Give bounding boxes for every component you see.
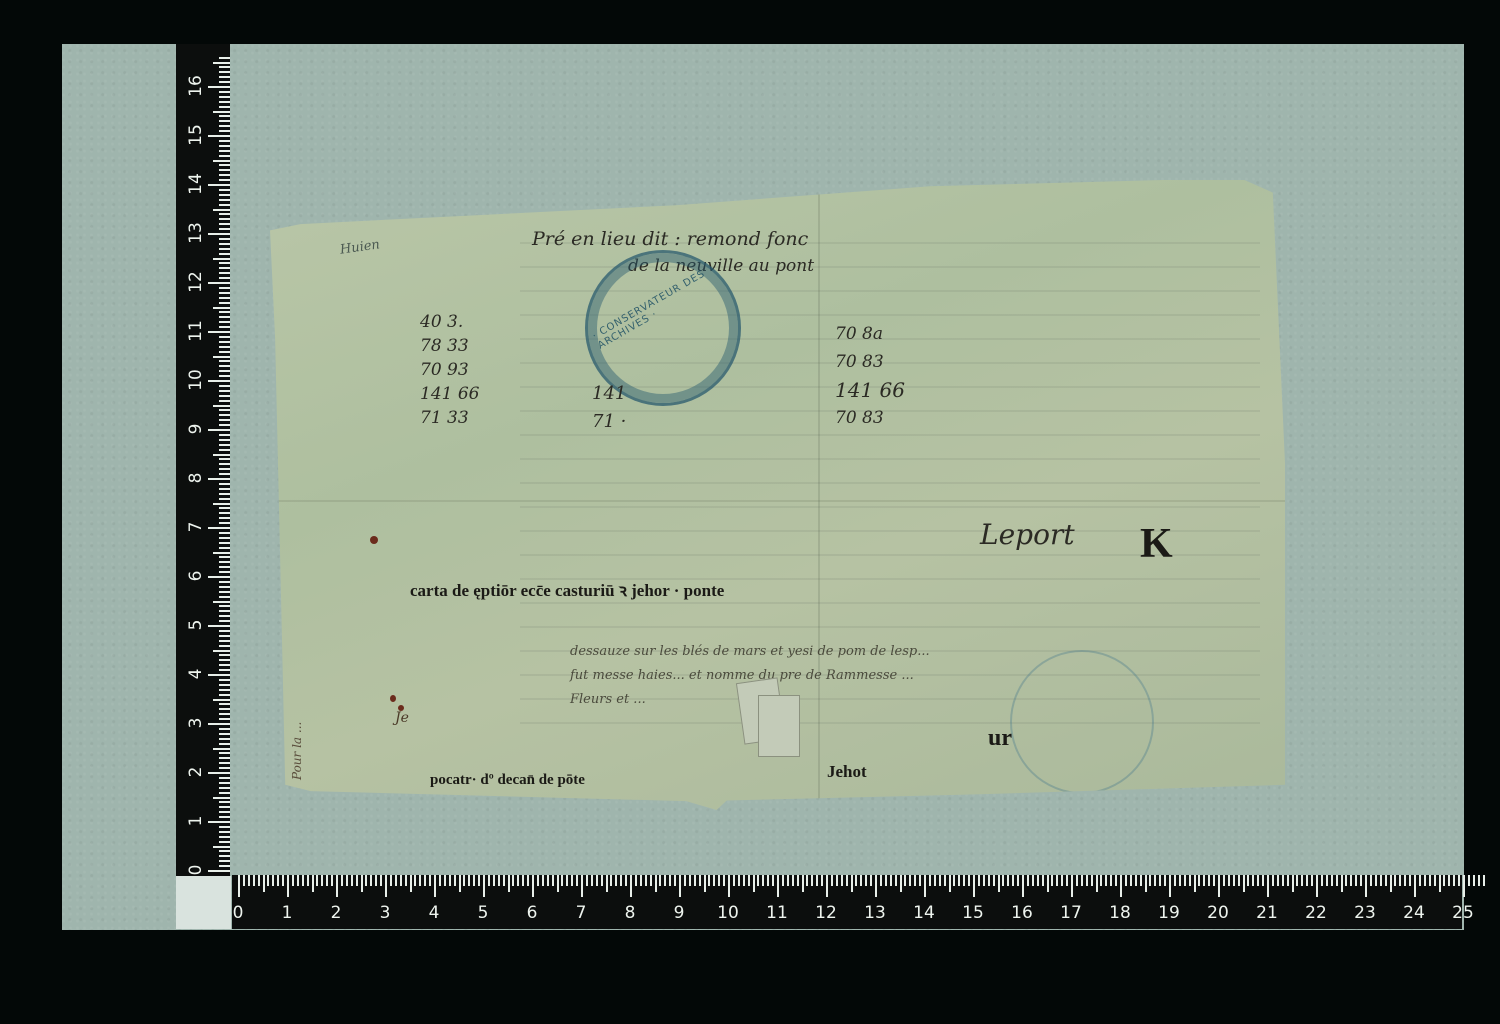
vertical-ruler: 012345678910111213141516 xyxy=(176,44,230,876)
ruler-tick xyxy=(615,875,617,886)
ruler-tick xyxy=(586,875,588,886)
ruler-tick xyxy=(219,645,230,647)
ruler-tick xyxy=(449,875,451,886)
ruler-tick xyxy=(988,875,990,886)
ruler-tick xyxy=(968,875,970,886)
ruler-tick xyxy=(219,130,230,132)
ruler-tick xyxy=(1267,875,1269,897)
horizontal-fold xyxy=(270,500,1285,502)
ruler-label: 17 xyxy=(1060,903,1082,923)
ruler-tick xyxy=(208,821,230,823)
ruler-tick xyxy=(213,356,230,358)
ruler-label: 25 xyxy=(1452,903,1474,923)
ruler-tick xyxy=(219,385,230,387)
ruler-label: 19 xyxy=(1158,903,1180,923)
ruler-tick xyxy=(944,875,946,886)
ruler-tick xyxy=(213,111,230,113)
ruler-tick xyxy=(395,875,397,886)
ruler-tick xyxy=(929,875,931,886)
ruler-tick xyxy=(336,875,338,897)
ruler-tick xyxy=(1390,875,1392,892)
ruler-tick xyxy=(219,419,230,421)
ink-blot xyxy=(370,536,378,544)
ruler-tick xyxy=(728,875,730,897)
ruler-tick xyxy=(1292,875,1294,892)
ruler-label: 9 xyxy=(186,415,206,443)
ruler-tick xyxy=(219,414,230,416)
ruler-tick xyxy=(219,346,230,348)
ruler-tick xyxy=(219,757,230,759)
ruler-tick xyxy=(307,875,309,886)
ruler-tick xyxy=(454,875,456,886)
ruler-tick xyxy=(924,875,926,897)
ruler-tick xyxy=(219,164,230,166)
ruler-tick xyxy=(841,875,843,886)
ruler-tick xyxy=(1179,875,1181,886)
ruler-tick xyxy=(219,125,230,127)
ruler-label: 13 xyxy=(864,903,886,923)
ruler-tick xyxy=(219,493,230,495)
ruler-tick xyxy=(219,498,230,500)
ruler-tick xyxy=(1331,875,1333,886)
ruler-tick xyxy=(424,875,426,886)
ruler-label: 24 xyxy=(1403,903,1425,923)
ruler-tick xyxy=(1238,875,1240,886)
ruler-label: 14 xyxy=(186,170,206,198)
ruler-tick xyxy=(219,76,230,78)
ruler-tick xyxy=(219,302,230,304)
ruler-tick xyxy=(1169,875,1171,897)
ruler-tick xyxy=(488,875,490,886)
ruler-tick xyxy=(655,875,657,892)
ruler-tick xyxy=(219,767,230,769)
ruler-tick xyxy=(434,875,436,897)
ruler-tick xyxy=(1375,875,1377,886)
ruler-tick xyxy=(219,596,230,598)
ruler-tick xyxy=(219,635,230,637)
ruler-tick xyxy=(253,875,255,886)
ruler-tick xyxy=(219,532,230,534)
ruler-tick xyxy=(219,679,230,681)
ruler-label: 12 xyxy=(186,268,206,296)
ruler-tick xyxy=(890,875,892,886)
ruler-tick xyxy=(1316,875,1318,897)
ruler-tick xyxy=(1272,875,1274,886)
ruler-tick xyxy=(208,135,230,137)
ruler-tick xyxy=(757,875,759,886)
ruler-tick xyxy=(542,875,544,886)
ruler-tick xyxy=(1037,875,1039,886)
ruler-label: 9 xyxy=(674,903,685,923)
ruler-tick xyxy=(483,875,485,897)
ruler-tick xyxy=(949,875,951,892)
ruler-tick xyxy=(1419,875,1421,886)
ruler-tick xyxy=(219,400,230,402)
ruler-label: 21 xyxy=(1256,903,1278,923)
ruler-tick xyxy=(297,875,299,886)
ruler-tick xyxy=(219,669,230,671)
ruler-tick xyxy=(429,875,431,886)
ruler-tick xyxy=(1218,875,1220,897)
ruler-tick xyxy=(826,875,828,897)
pencil-note: Huien xyxy=(339,237,381,257)
ruler-tick xyxy=(219,816,230,818)
ruler-tick xyxy=(1233,875,1235,886)
ruler-tick xyxy=(213,846,230,848)
ruler-tick xyxy=(219,424,230,426)
ruler-tick xyxy=(1071,875,1073,897)
seal-tag xyxy=(758,695,800,757)
ruler-tick xyxy=(219,292,230,294)
ruler-tick xyxy=(1047,875,1049,892)
ruler-tick xyxy=(213,209,230,211)
ruler-tick xyxy=(620,875,622,886)
ruler-tick xyxy=(219,204,230,206)
ruler-tick xyxy=(243,875,245,886)
ruler-tick xyxy=(1409,875,1411,886)
ruler-tick xyxy=(1223,875,1225,886)
ruler-tick xyxy=(1174,875,1176,886)
ruler-tick xyxy=(1154,875,1156,886)
ruler-tick xyxy=(219,752,230,754)
ruler-tick xyxy=(934,875,936,886)
ruler-tick xyxy=(219,360,230,362)
ruler-tick xyxy=(326,875,328,886)
ruler-tick xyxy=(895,875,897,886)
ruler-tick xyxy=(213,160,230,162)
ruler-tick xyxy=(219,253,230,255)
ruler-tick xyxy=(219,311,230,313)
ruler-label: 16 xyxy=(186,72,206,100)
ruler-tick xyxy=(219,547,230,549)
ruler-tick xyxy=(272,875,274,886)
ruler-tick xyxy=(341,875,343,886)
ruler-tick xyxy=(738,875,740,886)
ruler-tick xyxy=(213,503,230,505)
ruler-tick xyxy=(1350,875,1352,886)
ruler-tick xyxy=(208,331,230,333)
ruler-tick xyxy=(1032,875,1034,886)
left-tally: 40 3. 78 33 70 93 141 66 71 33 xyxy=(420,310,479,430)
ruler-tick xyxy=(282,875,284,886)
ruler-tick xyxy=(1399,875,1401,886)
ruler-tick xyxy=(493,875,495,886)
ruler-tick xyxy=(743,875,745,886)
ruler-tick xyxy=(557,875,559,892)
ruler-tick xyxy=(846,875,848,886)
ruler-tick xyxy=(219,610,230,612)
ruler-tick xyxy=(219,689,230,691)
ruler-tick xyxy=(468,875,470,886)
ruler-tick xyxy=(208,576,230,578)
ruler-tick xyxy=(787,875,789,886)
ruler-tick xyxy=(1159,875,1161,886)
ruler-tick xyxy=(302,875,304,886)
horizontal-ruler: 0123456789101112131415161718192021222324… xyxy=(232,875,1462,929)
ruler-tick xyxy=(219,326,230,328)
ruler-tick xyxy=(219,272,230,274)
stamp-text: · CONSERVATEUR DES ARCHIVES · xyxy=(591,256,734,351)
ruler-tick xyxy=(219,267,230,269)
ruler-tick xyxy=(1164,875,1166,886)
ruler-tick xyxy=(782,875,784,886)
ruler-tick xyxy=(219,517,230,519)
archivist-note-line1: Pré en lieu dit : remond fonc xyxy=(532,228,808,250)
ruler-tick xyxy=(1345,875,1347,886)
ruler-tick xyxy=(219,57,230,59)
ruler-tick xyxy=(219,370,230,372)
parchment-document: Huien Pré en lieu dit : remond fonc de l… xyxy=(270,180,1285,810)
ruler-tick xyxy=(1145,875,1147,892)
ruler-tick xyxy=(1355,875,1357,886)
ruler-tick xyxy=(1301,875,1303,886)
ruler-tick xyxy=(219,238,230,240)
ruler-tick xyxy=(650,875,652,886)
ruler-tick xyxy=(321,875,323,886)
ruler-tick xyxy=(625,875,627,886)
ruler-tick xyxy=(1061,875,1063,886)
ruler-label: 20 xyxy=(1207,903,1229,923)
ruler-tick xyxy=(219,488,230,490)
ruler-tick xyxy=(831,875,833,886)
ruler-tick xyxy=(1086,875,1088,886)
ruler-tick xyxy=(1257,875,1259,886)
ruler-tick xyxy=(1135,875,1137,886)
ruler-label: 18 xyxy=(1109,903,1131,923)
ruler-tick xyxy=(219,145,230,147)
ruler-tick xyxy=(1336,875,1338,886)
ruler-tick xyxy=(1365,875,1367,897)
ruler-tick xyxy=(767,875,769,886)
ruler-tick xyxy=(219,390,230,392)
ruler-tick xyxy=(939,875,941,886)
ruler-tick xyxy=(219,140,230,142)
mark-je: Je xyxy=(395,710,409,726)
ruler-tick xyxy=(248,875,250,886)
ruler-tick xyxy=(1341,875,1343,892)
ruler-tick xyxy=(258,875,260,886)
ruler-tick xyxy=(219,694,230,696)
ruler-tick xyxy=(219,434,230,436)
ruler-tick xyxy=(503,875,505,886)
ruler-tick xyxy=(1120,875,1122,897)
ruler-tick xyxy=(748,875,750,886)
ruler-tick xyxy=(219,806,230,808)
ruler-tick xyxy=(1434,875,1436,886)
ruler-tick xyxy=(219,581,230,583)
ruler-tick xyxy=(414,875,416,886)
ruler-tick xyxy=(356,875,358,886)
ruler-tick xyxy=(576,875,578,886)
ruler-tick xyxy=(1091,875,1093,886)
ruler-tick xyxy=(1184,875,1186,886)
ruler-tick xyxy=(219,71,230,73)
ruler-label: 8 xyxy=(625,903,636,923)
ruler-tick xyxy=(219,106,230,108)
ruler-tick xyxy=(219,620,230,622)
ruler-tick xyxy=(1439,875,1441,892)
ruler-tick xyxy=(238,875,240,897)
ruler-tick xyxy=(836,875,838,886)
ruler-tick xyxy=(219,115,230,117)
ruler-tick xyxy=(1380,875,1382,886)
ruler-tick xyxy=(1027,875,1029,886)
ruler-tick xyxy=(208,282,230,284)
ruler-tick xyxy=(219,566,230,568)
ruler-tick xyxy=(208,233,230,235)
ruler-label: 4 xyxy=(429,903,440,923)
ruler-tick xyxy=(1360,875,1362,886)
ruler-tick xyxy=(219,664,230,666)
ruler-tick xyxy=(263,875,265,892)
ruler-tick xyxy=(1228,875,1230,886)
ruler-tick xyxy=(400,875,402,886)
ruler-tick xyxy=(527,875,529,886)
ruler-tick xyxy=(1213,875,1215,886)
ruler-tick xyxy=(219,659,230,661)
ruler-tick xyxy=(219,321,230,323)
ruler-tick xyxy=(498,875,500,886)
ruler-tick xyxy=(219,561,230,563)
ruler-tick xyxy=(287,875,289,897)
ruler-tick xyxy=(213,699,230,701)
ruler-tick xyxy=(689,875,691,886)
ruler-tick xyxy=(694,875,696,886)
ruler-tick xyxy=(219,150,230,152)
ruler-tick xyxy=(219,855,230,857)
ruler-tick xyxy=(1321,875,1323,886)
ruler-corner xyxy=(176,876,231,929)
ruler-tick xyxy=(219,449,230,451)
ruler-label: 23 xyxy=(1354,903,1376,923)
vertical-fold xyxy=(818,180,820,810)
ruler-tick xyxy=(919,875,921,886)
ruler-tick xyxy=(1012,875,1014,886)
ruler-tick xyxy=(704,875,706,892)
ruler-tick xyxy=(1081,875,1083,886)
ruler-tick xyxy=(1282,875,1284,886)
ruler-tick xyxy=(219,512,230,514)
margin-vertical-note: Pour la ... xyxy=(290,722,304,780)
ruler-tick xyxy=(816,875,818,886)
ruler-tick xyxy=(806,875,808,886)
ruler-tick xyxy=(219,101,230,103)
ruler-tick xyxy=(219,743,230,745)
ruler-tick xyxy=(684,875,686,886)
ruler-tick xyxy=(361,875,363,892)
ruler-tick xyxy=(219,591,230,593)
ruler-label: 1 xyxy=(186,807,206,835)
right-tally: 70 8a 70 83 141 66 70 83 xyxy=(835,320,905,432)
ruler-tick xyxy=(851,875,853,892)
ruler-tick xyxy=(606,875,608,892)
ruler-tick xyxy=(860,875,862,886)
ruler-tick xyxy=(978,875,980,886)
ruler-tick xyxy=(219,640,230,642)
ruler-tick xyxy=(380,875,382,886)
ruler-tick xyxy=(219,811,230,813)
ruler-tick xyxy=(219,713,230,715)
ruler-tick xyxy=(1002,875,1004,886)
ruler-tick xyxy=(219,351,230,353)
ruler-tick xyxy=(219,733,230,735)
ruler-tick xyxy=(219,96,230,98)
ruler-tick xyxy=(267,875,269,886)
ruler-tick xyxy=(219,738,230,740)
ruler-tick xyxy=(699,875,701,886)
ruler-tick xyxy=(478,875,480,886)
ruler-tick xyxy=(1110,875,1112,886)
ruler-tick xyxy=(963,875,965,886)
ruler-tick xyxy=(219,277,230,279)
ruler-tick xyxy=(213,62,230,64)
ruler-tick xyxy=(958,875,960,886)
ruler-tick xyxy=(213,307,230,309)
ruler-label: 5 xyxy=(186,611,206,639)
ruler-tick xyxy=(762,875,764,886)
ruler-tick xyxy=(880,875,882,886)
ruler-tick xyxy=(219,174,230,176)
ruler-label: 5 xyxy=(478,903,489,923)
ruler-label: 1 xyxy=(282,903,293,923)
ruler-tick xyxy=(571,875,573,886)
ruler-tick xyxy=(1208,875,1210,886)
ruler-tick xyxy=(219,654,230,656)
ruler-tick xyxy=(219,375,230,377)
ruler-tick xyxy=(219,615,230,617)
mark-ur: ur xyxy=(988,725,1012,752)
ruler-tick xyxy=(208,527,230,529)
ink-blot xyxy=(390,695,396,702)
ruler-tick xyxy=(213,454,230,456)
ruler-tick xyxy=(1262,875,1264,886)
ruler-tick xyxy=(213,258,230,260)
ruler-tick xyxy=(219,179,230,181)
ruler-tick xyxy=(1478,875,1480,886)
ruler-tick xyxy=(1385,875,1387,886)
ruler-tick xyxy=(645,875,647,886)
ruler-tick xyxy=(561,875,563,886)
ruler-tick xyxy=(444,875,446,886)
ruler-tick xyxy=(219,483,230,485)
ruler-tick xyxy=(219,155,230,157)
ruler-tick xyxy=(1022,875,1024,897)
signature-initial: K xyxy=(1140,520,1173,568)
ruler-tick xyxy=(213,748,230,750)
ruler-label: 10 xyxy=(186,366,206,394)
ruler-tick xyxy=(753,875,755,892)
ruler-tick xyxy=(219,792,230,794)
ruler-label: 15 xyxy=(962,903,984,923)
ruler-tick xyxy=(1066,875,1068,886)
ruler-tick xyxy=(419,875,421,886)
ruler-tick xyxy=(459,875,461,892)
ruler-tick xyxy=(537,875,539,886)
ruler-tick xyxy=(640,875,642,886)
ruler-tick xyxy=(1096,875,1098,892)
ruler-tick xyxy=(219,542,230,544)
ruler-tick xyxy=(219,507,230,509)
ruler-tick xyxy=(566,875,568,886)
ruler-tick xyxy=(1370,875,1372,886)
ruler-label: 11 xyxy=(186,317,206,345)
ruler-tick xyxy=(596,875,598,886)
ruler-tick xyxy=(802,875,804,892)
ruler-tick xyxy=(219,316,230,318)
ruler-label: 16 xyxy=(1011,903,1033,923)
ruler-tick xyxy=(219,297,230,299)
ruler-label: 8 xyxy=(186,464,206,492)
